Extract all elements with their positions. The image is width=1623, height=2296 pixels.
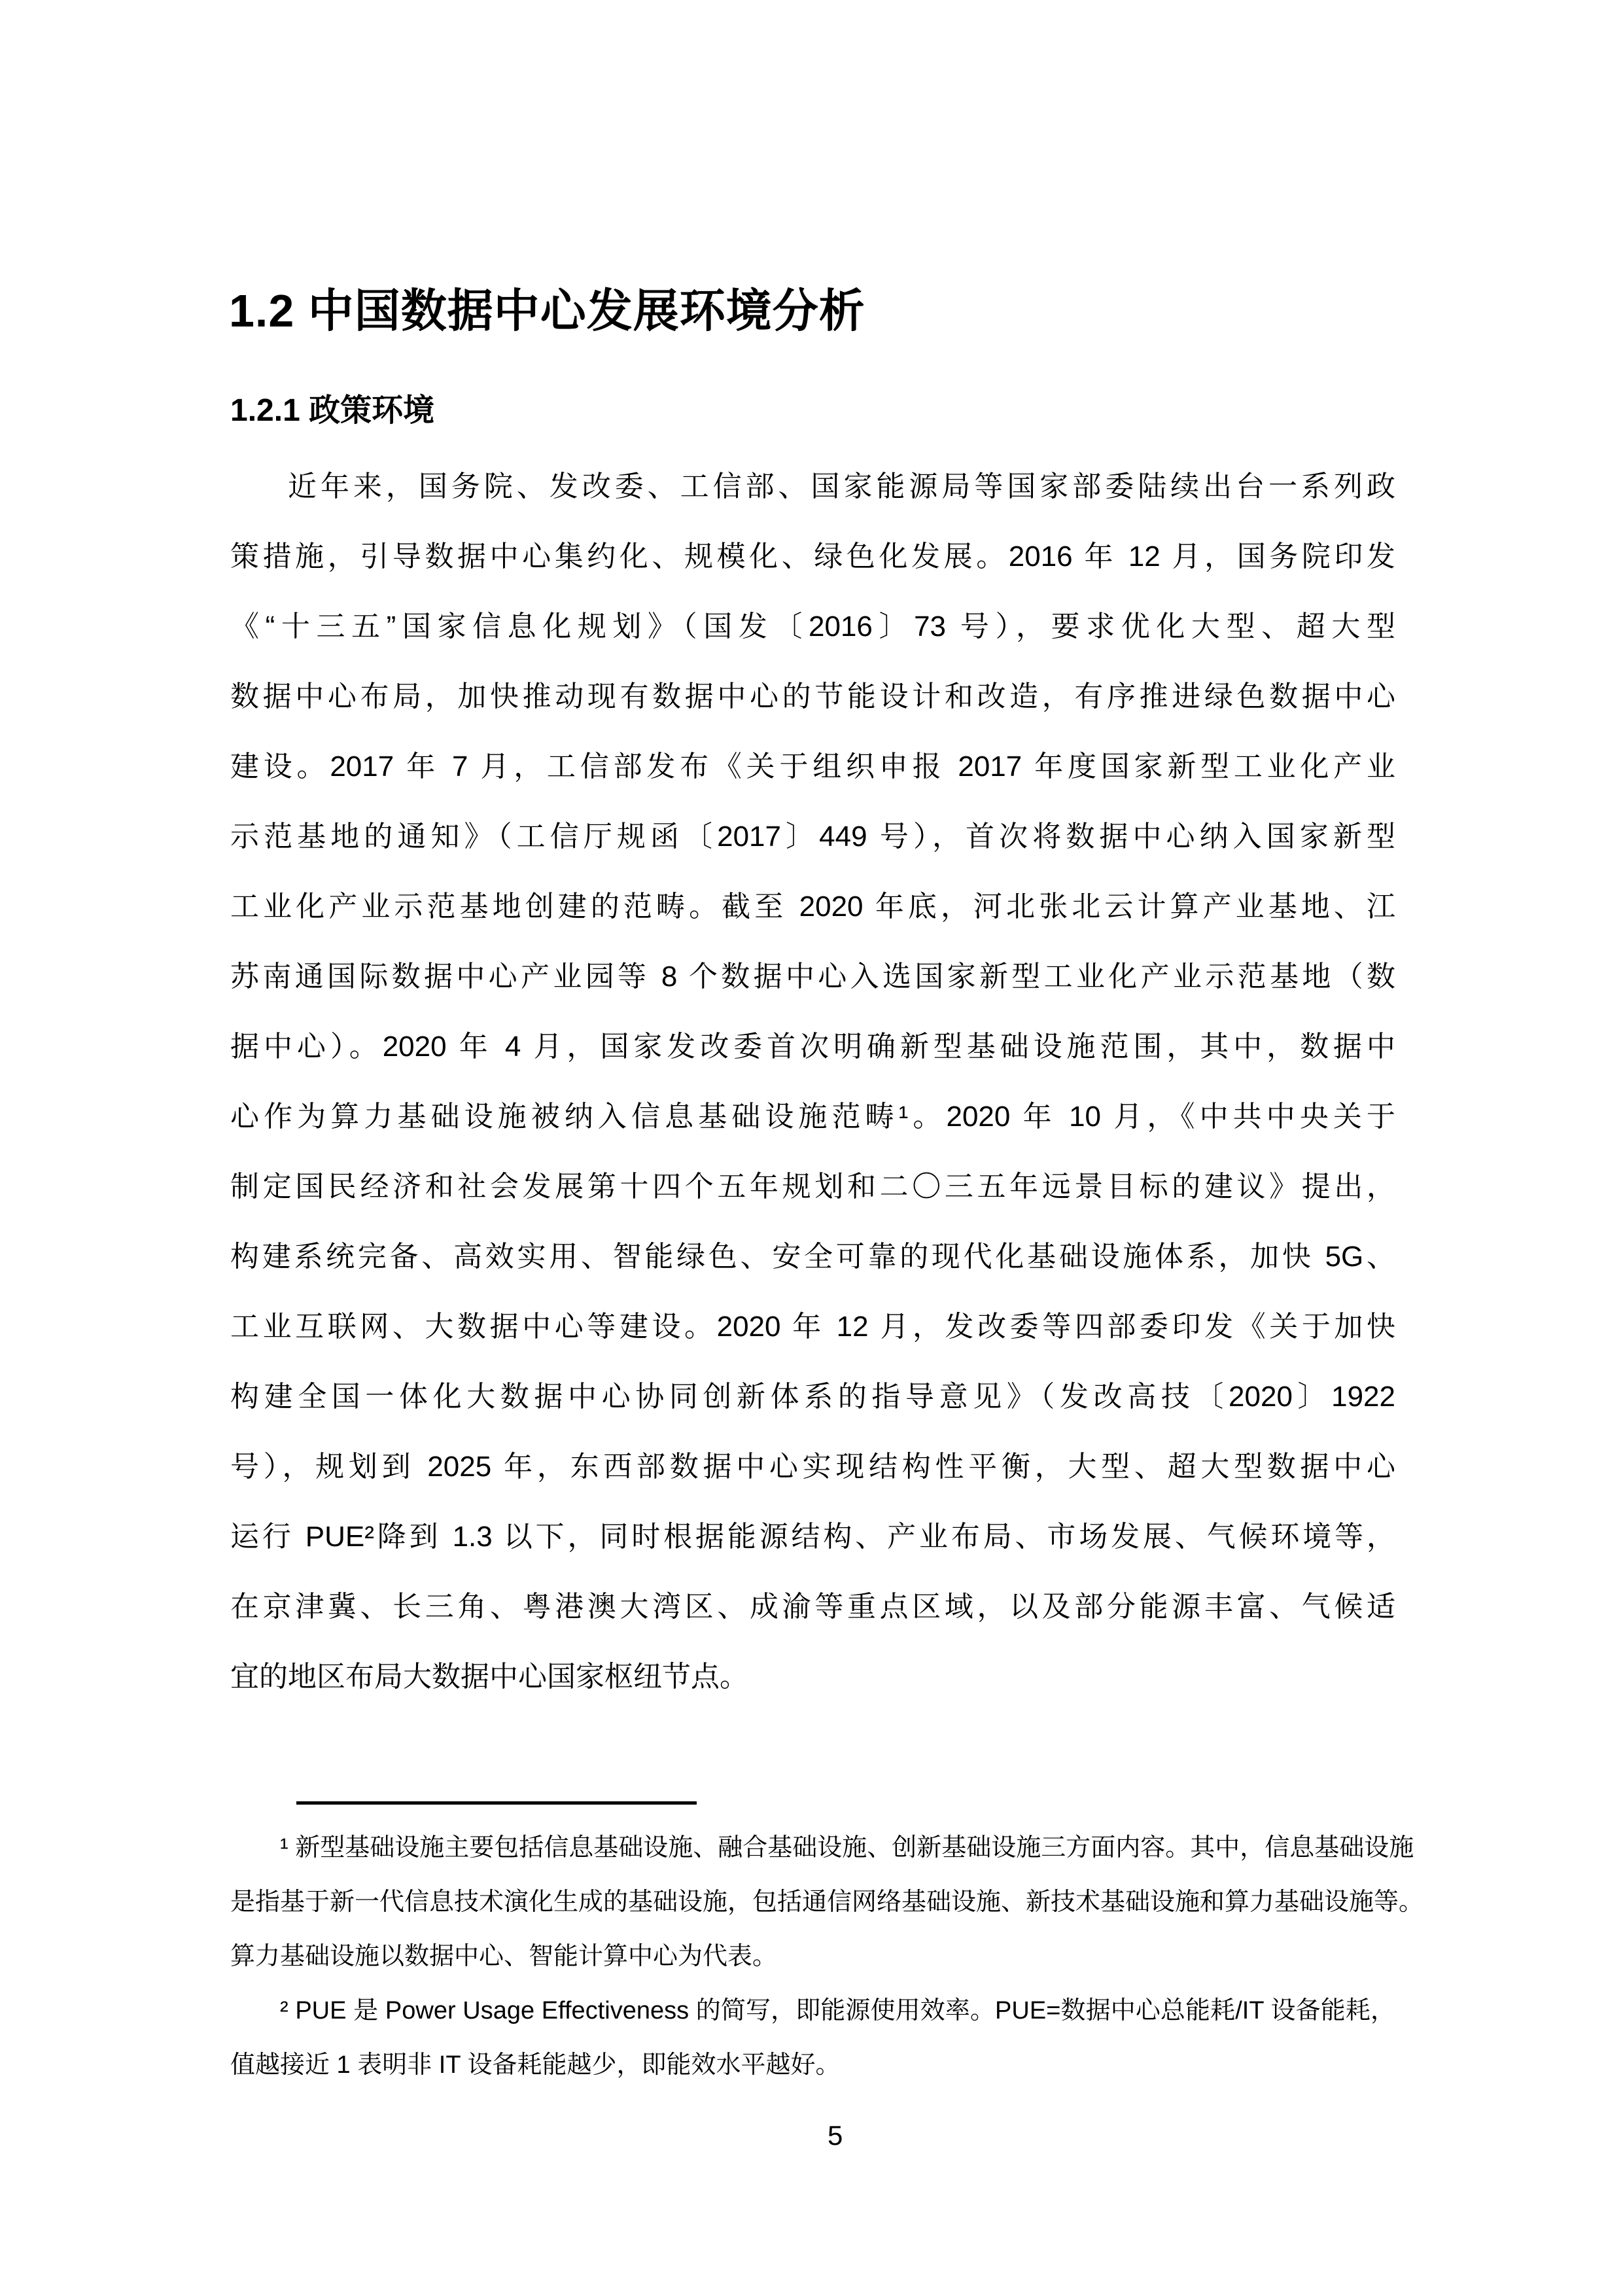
footnote-line: 算力基础设施以数据中心、智能计算中心为代表。: [230, 1930, 1395, 1984]
body-line: 工业互联网、大数据中心等建设。2020 年 12 月，发改委等四部委印发《关于加…: [230, 1292, 1395, 1362]
body-line: 制定国民经济和社会发展第十四个五年规划和二〇三五年远景目标的建议》提出，: [230, 1152, 1395, 1222]
body-line: 《“十三五”国家信息化规划》（国发〔2016〕73 号），要求优化大型、超大型: [230, 592, 1395, 662]
document-page: 1.2 中国数据中心发展环境分析 1.2.1 政策环境 近年来，国务院、发改委、…: [0, 0, 1623, 2296]
body-line: 建设。2017 年 7 月，工信部发布《关于组织申报 2017 年度国家新型工业…: [230, 732, 1395, 802]
page-number: 5: [828, 2120, 843, 2151]
footnote-2: ² PUE 是 Power Usage Effectiveness 的简写，即能…: [230, 1984, 1395, 2093]
body-line: 心作为算力基础设施被纳入信息基础设施范畴¹。2020 年 10 月，《中共中央关…: [230, 1082, 1395, 1152]
footnotes: ¹ 新型基础设施主要包括信息基础设施、融合基础设施、创新基础设施三方面内容。其中…: [230, 1821, 1395, 2093]
body-line: 据中心）。2020 年 4 月，国家发改委首次明确新型基础设施范围，其中，数据中: [230, 1012, 1395, 1082]
body-line: 数据中心布局，加快推动现有数据中心的节能设计和改造，有序推进绿色数据中心: [230, 662, 1395, 732]
body-line: 运行 PUE²降到 1.3 以下，同时根据能源结构、产业布局、市场发展、气候环境…: [230, 1502, 1395, 1572]
body-line: 宜的地区布局大数据中心国家枢纽节点。: [230, 1642, 1395, 1712]
body-line: 苏南通国际数据中心产业园等 8 个数据中心入选国家新型工业化产业示范基地（数: [230, 942, 1395, 1012]
body-line: 工业化产业示范基地创建的范畴。截至 2020 年底，河北张北云计算产业基地、江: [230, 872, 1395, 942]
body-line: 构建全国一体化大数据中心协同创新体系的指导意见》（发改高技〔2020〕1922: [230, 1362, 1395, 1432]
footnote-separator: [296, 1801, 697, 1805]
body-line: 近年来，国务院、发改委、工信部、国家能源局等国家部委陆续出台一系列政: [230, 451, 1395, 521]
body-line: 策措施，引导数据中心集约化、规模化、绿色化发展。2016 年 12 月，国务院印…: [230, 521, 1395, 592]
footnote-line: ² PUE 是 Power Usage Effectiveness 的简写，即能…: [230, 1984, 1395, 2038]
body-line: 在京津冀、长三角、粤港澳大湾区、成渝等重点区域，以及部分能源丰富、气候适: [230, 1572, 1395, 1642]
body-line: 构建系统完备、高效实用、智能绿色、安全可靠的现代化基础设施体系，加快 5G、: [230, 1222, 1395, 1292]
section-heading: 1.2 中国数据中心发展环境分析: [229, 274, 865, 340]
footnote-line: 值越接近 1 表明非 IT 设备耗能越少，即能效水平越好。: [230, 2038, 1395, 2093]
footnote-line: 是指基于新一代信息技术演化生成的基础设施，包括通信网络基础设施、新技术基础设施和…: [230, 1875, 1395, 1930]
body-paragraph: 近年来，国务院、发改委、工信部、国家能源局等国家部委陆续出台一系列政策措施，引导…: [230, 451, 1395, 1712]
body-line: 号），规划到 2025 年，东西部数据中心实现结构性平衡，大型、超大型数据中心: [230, 1432, 1395, 1502]
footnote-line: ¹ 新型基础设施主要包括信息基础设施、融合基础设施、创新基础设施三方面内容。其中…: [230, 1821, 1395, 1875]
body-line: 示范基地的通知》（工信厅规函〔2017〕449 号），首次将数据中心纳入国家新型: [230, 802, 1395, 872]
subsection-heading: 1.2.1 政策环境: [230, 385, 434, 430]
footnote-1: ¹ 新型基础设施主要包括信息基础设施、融合基础设施、创新基础设施三方面内容。其中…: [230, 1821, 1395, 1984]
